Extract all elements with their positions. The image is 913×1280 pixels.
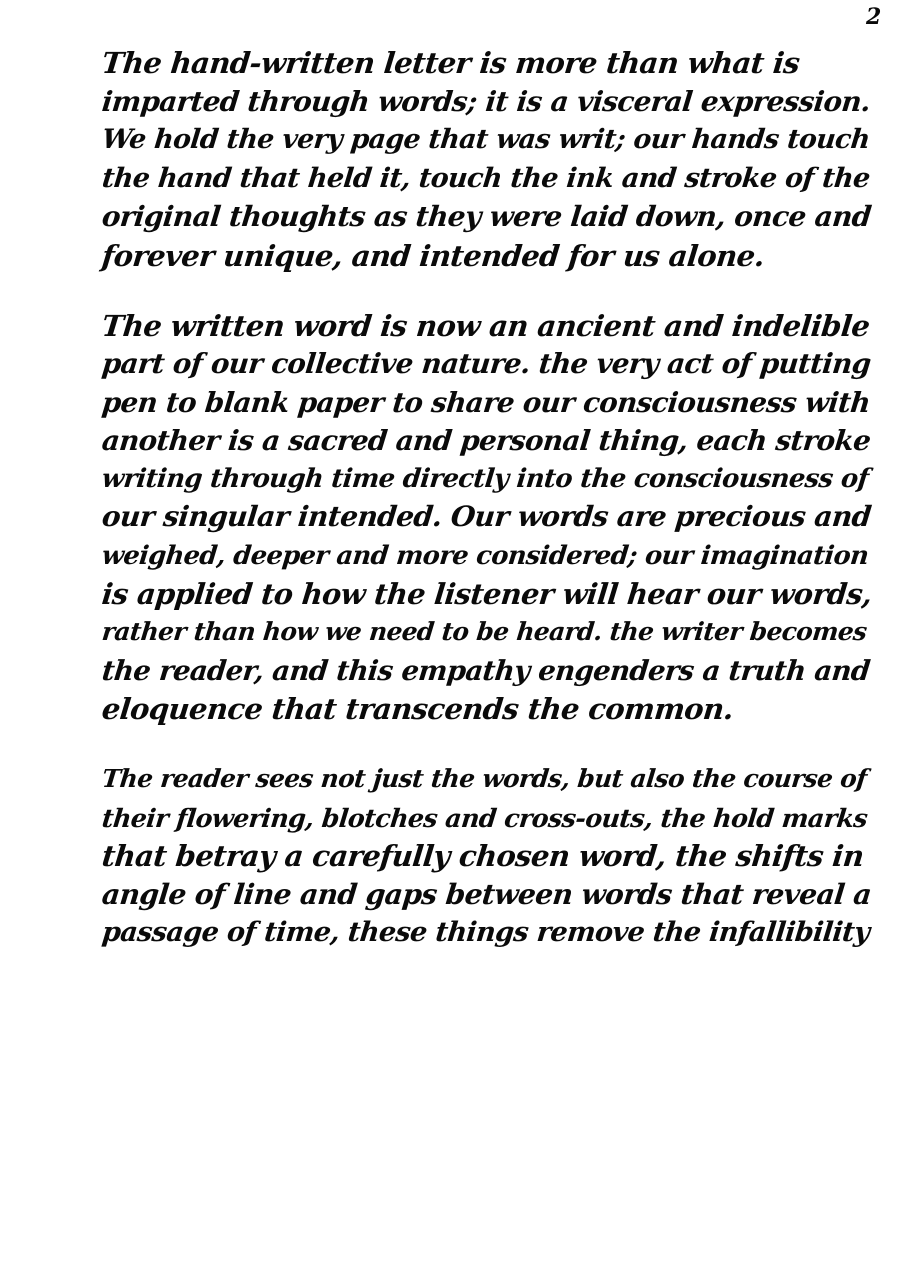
text-line: another is a sacred and personal thing, … (100, 422, 894, 460)
text-line: part of our collective nature. the very … (100, 345, 894, 383)
text-line: We hold the very page that was writ; our… (100, 121, 894, 160)
text-line: our singular intended. Our words are pre… (100, 498, 894, 536)
text-line: their flowering, blotches and cross-outs… (100, 799, 894, 838)
text-line: pen to blank paper to share our consciou… (100, 384, 894, 422)
text-line: is applied to how the listener will hear… (100, 575, 894, 613)
text-line: forever unique, and intended for us alon… (100, 237, 894, 276)
handwritten-letter: The hand-written letter is more than wha… (100, 44, 890, 953)
paragraph-2: The written word is now an ancient and i… (100, 307, 890, 728)
text-line: angle of line and gaps between words tha… (100, 876, 894, 915)
text-line: the reader, and this empathy engenders a… (100, 652, 894, 690)
text-line: The hand-written letter is more than wha… (100, 44, 894, 83)
paragraph-3: The reader sees not just the words, but … (100, 760, 890, 953)
text-line: The written word is now an ancient and i… (100, 307, 894, 345)
text-line: writing through time directly into the c… (100, 460, 894, 498)
text-line: original thoughts as they were laid down… (100, 198, 894, 237)
text-line: The reader sees not just the words, but … (100, 760, 894, 799)
text-line: eloquence that transcends the common. (100, 690, 894, 728)
text-line: weighed, deeper and more considered; our… (100, 537, 894, 575)
paragraph-1: The hand-written letter is more than wha… (100, 44, 890, 275)
text-line: passage of time, these things remove the… (100, 914, 894, 953)
page-number: 2 (866, 4, 881, 30)
text-line: that betray a carefully chosen word, the… (100, 837, 894, 876)
text-line: rather than how we need to be heard. the… (100, 613, 894, 651)
text-line: imparted through words; it is a visceral… (100, 83, 894, 122)
text-line: the hand that held it, touch the ink and… (100, 160, 894, 199)
